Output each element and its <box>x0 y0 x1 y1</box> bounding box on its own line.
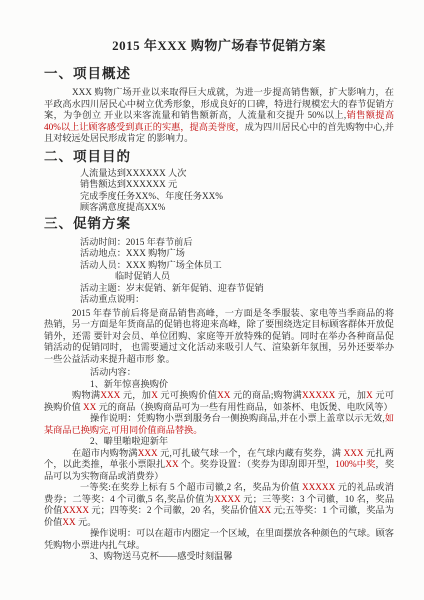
text-segment: XXXXX <box>302 390 335 400</box>
section-3-heading: 三、促销方案 <box>44 216 394 231</box>
activity-1-paragraph: 购物满XXX 元，加X 元可换购价值XX 元的商品;购物满XXXXX 元，加X … <box>44 390 394 413</box>
text-segment: XX <box>258 505 271 515</box>
text-segment: 元的商品;购物满 <box>230 390 302 400</box>
activity-1-operation-note: 操作说明：凭购物小票到服务台一侧换购商品,并在小票上盖章以示无效,如某商品已换购… <box>44 413 394 436</box>
goal-sales: 销售额达到XXXXXX 元 <box>80 179 394 191</box>
text-segment: 100%中奖 <box>335 459 375 469</box>
activity-1-title: 1、新年惊喜换购价 <box>90 379 394 391</box>
text-segment: XXXX <box>214 494 241 504</box>
text-segment: X <box>151 390 158 400</box>
activity-3-title: 3、购物送马克杯——感受时刻温馨 <box>90 551 394 563</box>
goal-satisfaction: 顾客满意度提高XX% <box>80 202 394 214</box>
activity-2-paragraph: 在超市内购物满XXX 元,可扎破气球一个，在气球内藏有奖券，满 XXX 元扎两个… <box>44 448 394 483</box>
text-segment: XXX <box>344 448 364 458</box>
activity-2-prize-list: 一等奖:在奖券上标有 5 个超市司徽,2 名，奖品为价值 XXXXX 元的礼品或… <box>44 482 394 528</box>
goal-visitors: 人流量达到XXXXXX 人次 <box>80 168 394 180</box>
document-page: 2015 年XXX 购物广场春节促销方案 一、项目概述 XXX 购物广场开业以来… <box>0 0 424 600</box>
text-segment: XXX <box>100 390 120 400</box>
text-segment: 元。 <box>76 517 97 527</box>
text-segment: XXXXX <box>302 482 335 492</box>
text-segment: XXXX <box>63 505 90 515</box>
info-theme: 活动主题：岁末促销、新年促销、迎春节促销 <box>80 283 394 295</box>
text-segment: X <box>366 390 373 400</box>
text-segment: XX <box>62 517 75 527</box>
text-segment: 购物满 <box>72 390 100 400</box>
text-segment: 元；四等奖：2 个司徽，20 名，奖品价值 <box>89 505 258 515</box>
section-2-goal-list: 人流量达到XXXXXX 人次 销售额达到XXXXXX 元 完成季度任务XX%、年… <box>44 168 394 214</box>
text-segment: XX <box>83 402 96 412</box>
text-segment: 操作说明：凭购物小票到服务台一侧换购商品,并在小票上盖章以示无效, <box>90 413 385 423</box>
section-1-heading: 一、项目概述 <box>44 66 394 81</box>
text-segment: 元，加 <box>335 390 366 400</box>
text-segment: XXX <box>138 448 158 458</box>
info-notes-label: 活动重点说明： <box>80 294 394 306</box>
section-2-heading: 二、项目目的 <box>44 149 394 164</box>
activity-2-operation-note: 操作说明：可以在超市内圈定一个区域，在里面摆放各种颜色的气球。顾客凭购物小票进内… <box>44 528 394 551</box>
text-segment: XXX 购物广场开业以来取得巨大成就，为进一步提高销售额，扩大影响力，在平政高水… <box>44 87 394 120</box>
text-segment: 一等奖:在奖券上标有 5 个超市司徽,2 名，奖品为价值 <box>80 482 302 492</box>
activity-2-title: 2、噼里啪啦迎新年 <box>90 436 394 448</box>
activity-info-list: 活动时间：2015 年春节前后 活动地点：XXX 购物广场 活动人员：XXX 购… <box>44 237 394 306</box>
document-title: 2015 年XXX 购物广场春节促销方案 <box>44 38 394 54</box>
info-staff-temp: 临时促销人员 <box>115 271 394 283</box>
text-segment: 元，加 <box>120 390 151 400</box>
text-segment: 在超市内购物满 <box>72 448 138 458</box>
section-1-paragraph: XXX 购物广场开业以来取得巨大成就，为进一步提高销售额，扩大影响力，在平政高水… <box>44 87 394 145</box>
info-time: 活动时间：2015 年春节前后 <box>80 237 394 249</box>
activity-content-label: 活动内容： <box>90 367 394 379</box>
section-3-intro-paragraph: 2015 年春节前后将是商品销售高峰，一方面是冬季服装、家电等当季商品的将热销，… <box>44 308 394 366</box>
info-place: 活动地点：XXX 购物广场 <box>80 248 394 260</box>
text-segment: 元可换购价值 <box>158 390 217 400</box>
text-segment: XX <box>217 390 230 400</box>
text-segment: 元的商品（换购商品可为一些有用性商品，如茶杯、电饭煲、电吹风等） <box>96 402 392 412</box>
info-staff: 活动人员：XXX 购物广场全体员工 <box>80 260 394 272</box>
text-segment: XX <box>165 459 178 469</box>
text-segment: 操作说明：可以在超市内圈定一个区域，在里面摆放各种颜色的气球。顾客凭购物小票进内… <box>44 528 394 550</box>
text-segment: 个。奖券设置：（奖券为即刮即开型， <box>179 459 336 469</box>
goal-tasks: 完成季度任务XX%、年度任务XX% <box>80 191 394 203</box>
text-segment: 元,可扎破气球一个，在气球内藏有奖券，满 <box>158 448 344 458</box>
